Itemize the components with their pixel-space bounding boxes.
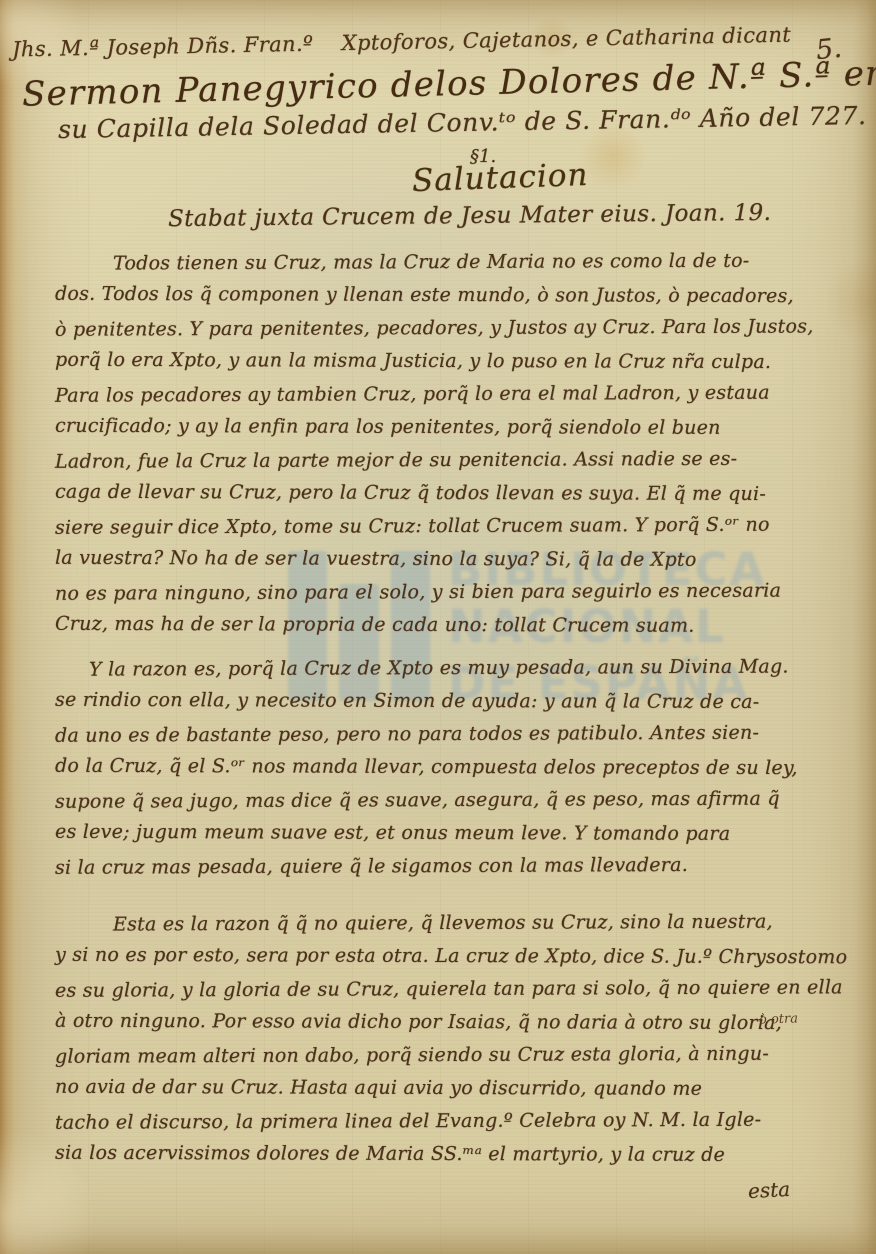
paragraph-1: Todos tienen su Cruz, mas la Cruz de Mar…: [55, 246, 850, 642]
manuscript-line: es leve; jugum meum suave est, et onus m…: [55, 816, 850, 851]
manuscript-line: se rindio con ella, y necesito en Simon …: [55, 684, 850, 719]
manuscript-line: Esta es la razon q̃ q̃ no quiere, q̃ lle…: [55, 905, 850, 941]
paragraph-3: Esta es la razon q̃ q̃ no quiere, q̃ lle…: [55, 907, 850, 1171]
manuscript-line: porq̃ lo era Xpto, y aun la misma Justic…: [55, 344, 850, 379]
manuscript-line: Ladron, fue la Cruz la parte mejor de su…: [55, 442, 850, 478]
manuscript-page: BIBLIOTECA NACIONAL DE ESPAÑA 5. Jhs. M.…: [0, 0, 876, 1254]
manuscript-line: à otro ninguno. Por esso avia dicho por …: [55, 1005, 850, 1040]
manuscript-line: ò penitentes. Y para penitentes, pecador…: [55, 310, 850, 346]
body-text: Todos tienen su Cruz, mas la Cruz de Mar…: [55, 246, 850, 1171]
manuscript-line: gloriam meam alteri non dabo, porq̃ sien…: [55, 1037, 850, 1073]
manuscript-line: tacho el discurso, la primera linea del …: [55, 1103, 850, 1139]
manuscript-line: la vuestra? No ha de ser la vuestra, sin…: [55, 542, 850, 577]
manuscript-line: supone q̃ sea jugo, mas dice q̃ es suave…: [55, 782, 850, 818]
manuscript-line: Cruz, mas ha de ser la propria de cada u…: [55, 608, 850, 643]
manuscript-line: Y la razon es, porq̃ la Cruz de Xpto es …: [55, 650, 850, 686]
manuscript-line: si la cruz mas pesada, quiere q̃ le siga…: [55, 848, 850, 884]
manuscript-line: sia los acervissimos dolores de Maria SS…: [55, 1137, 850, 1172]
section-heading: Salutacion: [411, 157, 589, 199]
manuscript-line: dos. Todos los q̃ componen y llenan este…: [55, 278, 850, 313]
manuscript-line: siere seguir dice Xpto, tome su Cruz: to…: [55, 508, 850, 544]
manuscript-line: caga de llevar su Cruz, pero la Cruz q̃ …: [55, 476, 850, 511]
manuscript-line: no es para ninguno, sino para el solo, y…: [55, 574, 850, 610]
manuscript-line: Todos tienen su Cruz, mas la Cruz de Mar…: [55, 244, 850, 280]
manuscript-line: da uno es de bastante peso, pero no para…: [55, 716, 850, 752]
scripture-epigraph: Stabat juxta Crucem de Jesu Mater eius. …: [168, 200, 772, 232]
manuscript-line: Para los pecadores ay tambien Cruz, porq…: [55, 376, 850, 412]
paragraph-2: Y la razon es, porq̃ la Cruz de Xpto es …: [55, 652, 850, 883]
header-invocation: Jhs. M.ª Joseph Dñs. Fran.º Xptoforos, C…: [12, 23, 791, 62]
manuscript-line: crucificado; y ay la enfin para los peni…: [55, 410, 850, 445]
manuscript-line: do la Cruz, q̃ el S.ᵒʳ nos manda llevar,…: [55, 750, 850, 785]
manuscript-line: no avia de dar su Cruz. Hasta aqui avia …: [55, 1071, 850, 1106]
interlinear-note: ò otra: [759, 1011, 798, 1027]
manuscript-line: y si no es por esto, sera por esta otra.…: [55, 939, 850, 974]
manuscript-line: es su gloria, y la gloria de su Cruz, qu…: [55, 971, 850, 1007]
catchword: esta: [747, 1177, 790, 1203]
